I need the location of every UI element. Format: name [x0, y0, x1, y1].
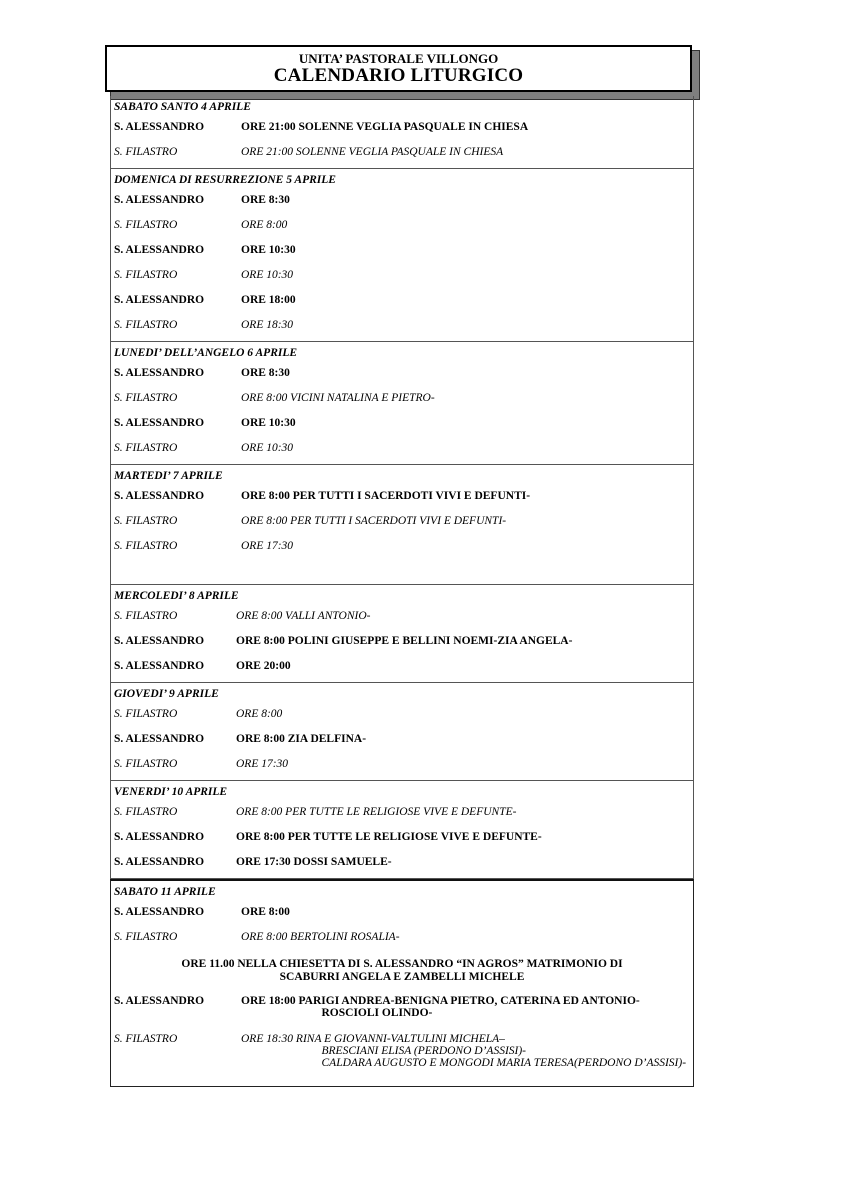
wedding-notice: ORE 11.00 NELLA CHIESETTA DI S. ALESSAND…: [111, 953, 693, 992]
church-name: S. ALESSANDRO: [114, 635, 204, 647]
schedule-row: S. FILASTROORE 8:00 PER TUTTE LE RELIGIO…: [111, 803, 693, 828]
schedule-row: S. ALESSANDROORE 10:30: [111, 414, 693, 439]
day-section: SABATO 11 APRILES. ALESSANDROORE 8:00S. …: [110, 879, 694, 1087]
day-section: VENERDI’ 10 APRILES. FILASTROORE 8:00 PE…: [110, 781, 694, 879]
schedule-row: S. ALESSANDROORE 8:30: [111, 364, 693, 389]
church-name: S. ALESSANDRO: [114, 244, 204, 256]
mass-time-intention: ORE 18:00: [241, 294, 296, 306]
mass-time-intention: ORE 8:00: [241, 906, 290, 918]
mass-time-intention: ORE 17:30: [236, 758, 288, 770]
mass-time-intention: ORE 10:30: [241, 269, 293, 281]
schedule-row: S. ALESSANDROORE 21:00 SOLENNE VEGLIA PA…: [111, 118, 693, 143]
church-name: S. ALESSANDRO: [114, 121, 204, 133]
schedule-row: S. FILASTROORE 18:30: [111, 316, 693, 341]
schedule-row: S. ALESSANDROORE 8:30: [111, 191, 693, 216]
schedule-row: S. FILASTROORE 8:00 PER TUTTI I SACERDOT…: [111, 512, 693, 537]
schedule-row: S. FILASTROORE 17:30: [111, 537, 693, 562]
church-name: S. ALESSANDRO: [114, 856, 204, 868]
mass-time-intention: ORE 8:30: [241, 367, 290, 379]
day-section: MARTEDI’ 7 APRILES. ALESSANDROORE 8:00 P…: [110, 465, 694, 585]
mass-time-intention: ORE 8:00 PER TUTTE LE RELIGIOSE VIVE E D…: [236, 806, 516, 818]
church-name: S. ALESSANDRO: [114, 995, 204, 1007]
mass-time-intention: ORE 18:00 PARIGI ANDREA-BENIGNA PIETRO, …: [241, 995, 640, 1019]
schedule-row: S. ALESSANDROORE 8:00 PER TUTTE LE RELIG…: [111, 828, 693, 853]
day-heading: SABATO 11 APRILE: [111, 881, 693, 903]
schedule-row: S. ALESSANDROORE 8:00: [111, 903, 693, 928]
mass-time-intention: ORE 8:00 PER TUTTI I SACERDOTI VIVI E DE…: [241, 490, 530, 502]
church-name: S. FILASTRO: [114, 515, 177, 527]
liturgical-calendar-table: SABATO SANTO 4 APRILES. ALESSANDROORE 21…: [110, 96, 694, 1087]
day-heading: MERCOLEDI’ 8 APRILE: [111, 585, 693, 607]
schedule-row: S. FILASTROORE 10:30: [111, 439, 693, 464]
church-name: S. FILASTRO: [114, 806, 177, 818]
mass-time-intention: ORE 10:30: [241, 244, 296, 256]
mass-time-intention: ORE 21:00 SOLENNE VEGLIA PASQUALE IN CHI…: [241, 146, 503, 158]
day-section: DOMENICA DI RESURREZIONE 5 APRILES. ALES…: [110, 169, 694, 342]
schedule-row: S. FILASTROORE 8:00: [111, 216, 693, 241]
mass-time-intention: ORE 10:30: [241, 417, 296, 429]
day-heading: LUNEDI’ DELL’ANGELO 6 APRILE: [111, 342, 693, 364]
mass-time-intention: ORE 8:00 PER TUTTI I SACERDOTI VIVI E DE…: [241, 515, 506, 527]
church-name: S. FILASTRO: [114, 146, 177, 158]
day-heading: DOMENICA DI RESURREZIONE 5 APRILE: [111, 169, 693, 191]
church-name: S. FILASTRO: [114, 931, 177, 943]
mass-time-intention: ORE 21:00 SOLENNE VEGLIA PASQUALE IN CHI…: [241, 121, 528, 133]
mass-time-intention: ORE 8:00: [236, 708, 282, 720]
church-name: S. FILASTRO: [114, 319, 177, 331]
day-heading: GIOVEDI’ 9 APRILE: [111, 683, 693, 705]
church-name: S. FILASTRO: [114, 219, 177, 231]
schedule-row: S. ALESSANDROORE 10:30: [111, 241, 693, 266]
mass-time-intention: ORE 8:00: [241, 219, 287, 231]
mass-time-intention: ORE 8:00 VICINI NATALINA E PIETRO-: [241, 392, 435, 404]
schedule-row: S. ALESSANDROORE 18:00 PARIGI ANDREA-BEN…: [111, 992, 693, 1030]
church-name: S. FILASTRO: [114, 708, 177, 720]
mass-time-intention: ORE 10:30: [241, 442, 293, 454]
day-heading: SABATO SANTO 4 APRILE: [111, 96, 693, 118]
day-section: LUNEDI’ DELL’ANGELO 6 APRILES. ALESSANDR…: [110, 342, 694, 465]
church-name: S. ALESSANDRO: [114, 294, 204, 306]
day-heading: VENERDI’ 10 APRILE: [111, 781, 693, 803]
schedule-row: S. FILASTROORE 8:00 VICINI NATALINA E PI…: [111, 389, 693, 414]
document-header: UNITA’ PASTORALE VILLONGO CALENDARIO LIT…: [105, 45, 692, 92]
church-name: S. ALESSANDRO: [114, 367, 204, 379]
church-name: S. FILASTRO: [114, 392, 177, 404]
schedule-row: S. ALESSANDROORE 8:00 ZIA DELFINA-: [111, 730, 693, 755]
organization-name: UNITA’ PASTORALE VILLONGO: [107, 52, 690, 66]
schedule-row: S. ALESSANDROORE 17:30 DOSSI SAMUELE-: [111, 853, 693, 878]
church-name: S. FILASTRO: [114, 442, 177, 454]
mass-time-intention: ORE 18:30 RINA E GIOVANNI-VALTULINI MICH…: [241, 1033, 686, 1069]
schedule-row: S. ALESSANDROORE 8:00 POLINI GIUSEPPE E …: [111, 632, 693, 657]
church-name: S. FILASTRO: [114, 1033, 177, 1045]
church-name: S. ALESSANDRO: [114, 417, 204, 429]
document-title: CALENDARIO LITURGICO: [107, 66, 690, 86]
mass-time-intention: ORE 8:00 BERTOLINI ROSALIA-: [241, 931, 400, 943]
day-section: SABATO SANTO 4 APRILES. ALESSANDROORE 21…: [110, 96, 694, 169]
church-name: S. FILASTRO: [114, 758, 177, 770]
church-name: S. FILASTRO: [114, 610, 177, 622]
church-name: S. FILASTRO: [114, 269, 177, 281]
mass-time-intention: ORE 8:00 PER TUTTE LE RELIGIOSE VIVE E D…: [236, 831, 542, 843]
schedule-row: S. ALESSANDROORE 8:00 PER TUTTI I SACERD…: [111, 487, 693, 512]
church-name: S. ALESSANDRO: [114, 194, 204, 206]
schedule-row: S. ALESSANDROORE 18:00: [111, 291, 693, 316]
church-name: S. ALESSANDRO: [114, 490, 204, 502]
schedule-row: S. FILASTROORE 17:30: [111, 755, 693, 780]
schedule-row: S. FILASTROORE 18:30 RINA E GIOVANNI-VAL…: [111, 1030, 693, 1080]
day-section: GIOVEDI’ 9 APRILES. FILASTROORE 8:00S. A…: [110, 683, 694, 781]
mass-time-intention: ORE 17:30: [241, 540, 293, 552]
church-name: S. ALESSANDRO: [114, 906, 204, 918]
day-heading: MARTEDI’ 7 APRILE: [111, 465, 693, 487]
schedule-row: S. FILASTROORE 21:00 SOLENNE VEGLIA PASQ…: [111, 143, 693, 168]
church-name: S. ALESSANDRO: [114, 733, 204, 745]
day-section: MERCOLEDI’ 8 APRILES. FILASTROORE 8:00 V…: [110, 585, 694, 683]
mass-time-intention: ORE 18:30: [241, 319, 293, 331]
schedule-row: S. FILASTROORE 10:30: [111, 266, 693, 291]
mass-time-intention: ORE 17:30 DOSSI SAMUELE-: [236, 856, 392, 868]
schedule-row: S. FILASTROORE 8:00 VALLI ANTONIO-: [111, 607, 693, 632]
church-name: S. ALESSANDRO: [114, 831, 204, 843]
mass-time-intention: ORE 8:00 ZIA DELFINA-: [236, 733, 366, 745]
mass-time-intention: ORE 8:00 VALLI ANTONIO-: [236, 610, 371, 622]
church-name: S. ALESSANDRO: [114, 660, 204, 672]
church-name: S. FILASTRO: [114, 540, 177, 552]
mass-time-intention: ORE 8:30: [241, 194, 290, 206]
mass-time-intention: ORE 8:00 POLINI GIUSEPPE E BELLINI NOEMI…: [236, 635, 572, 647]
schedule-row: S. FILASTROORE 8:00 BERTOLINI ROSALIA-: [111, 928, 693, 953]
schedule-row: S. FILASTROORE 8:00: [111, 705, 693, 730]
schedule-row: S. ALESSANDROORE 20:00: [111, 657, 693, 682]
mass-time-intention: ORE 20:00: [236, 660, 291, 672]
